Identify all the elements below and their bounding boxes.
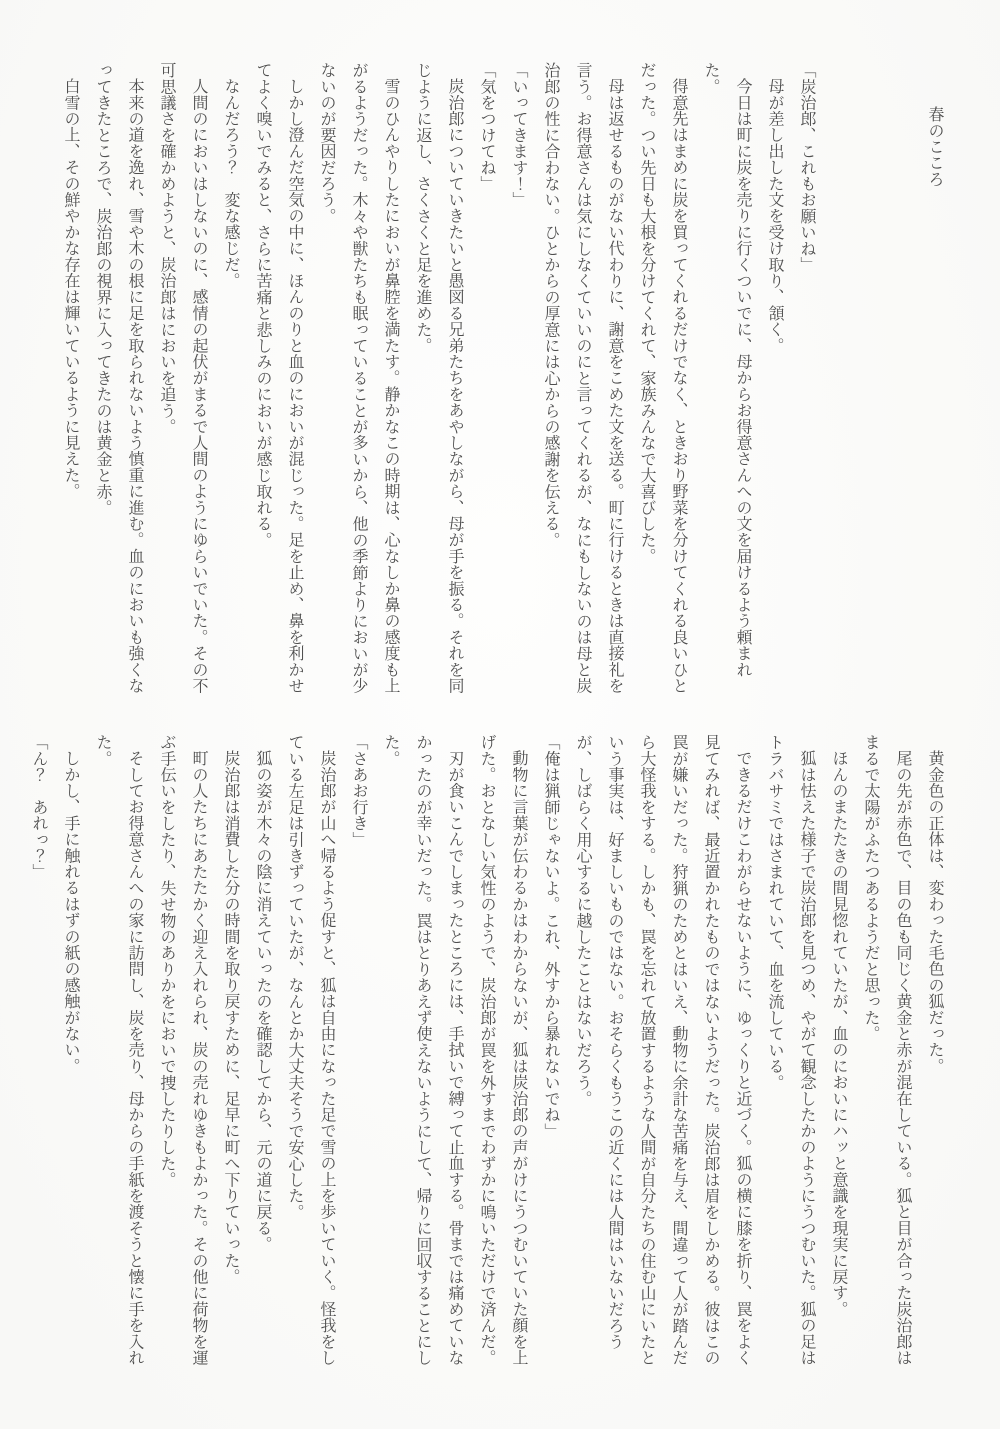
paragraph: 「気をつけてね」	[470, 62, 502, 708]
lower-text-section: 黄金色の正体は、変わった毛色の狐だった。尾の先が赤色で、目の色も同じく黄金と赤が…	[22, 734, 950, 1380]
paragraph: 狐は怯えた様子で炭治郎を見つめ、やがて観念したかのようにうつむいた。狐の足はトラ…	[758, 734, 822, 1380]
paragraph: 白雪の上、その鮮やかな存在は輝いているように見えた。	[54, 62, 86, 708]
paragraph: 本来の道を逸れ、雪や木の根に足を取られないよう慎重に進む。血のにおいも強くなって…	[86, 62, 150, 708]
paragraph: 「ん？ あれっ？」	[22, 734, 54, 1380]
paragraph: 人間のにおいはしないのに、感情の起伏がまるで人間のようにゆらいでいた。その不可思…	[150, 62, 214, 708]
paragraph: 刃が食いこんでしまったところには、手拭いで縛って止血する。骨までは痛めていなかっ…	[374, 734, 470, 1380]
paragraph: 「いってきます！」	[502, 62, 534, 708]
paragraph: 今日は町に炭を売りに行くついでに、母からお得意さんへの文を届けるよう頼まれた。	[694, 62, 758, 708]
paragraph: 町の人たちにあたたかく迎え入れられ、炭の売れゆきもよかった。その他に荷物を運ぶ手…	[150, 734, 214, 1380]
paragraph: しかし、手に触れるはずの紙の感触がない。	[54, 734, 86, 1380]
paragraph: 雪のひんやりしたにおいが鼻腔を満たす。静かなこの時期は、心なしか鼻の感度も上がる…	[310, 62, 406, 708]
paragraph: しかし澄んだ空気の中に、ほんのりと血のにおいが混じった。足を止め、鼻を利かせてよ…	[246, 62, 310, 708]
paragraph: 炭治郎が山へ帰るよう促すと、狐は自由になった足で雪の上を歩いていく。怪我をしてい…	[278, 734, 342, 1380]
paragraph: 黄金色の正体は、変わった毛色の狐だった。	[918, 734, 950, 1380]
paragraph: 「俺は猟師じゃないよ。これ、外すから暴れないでね」	[534, 734, 566, 1380]
paragraph: 炭治郎は消費した分の時間を取り戻すために、足早に町へ下りていった。	[214, 734, 246, 1380]
paragraph: 「炭治郎、これもお願いね」	[790, 62, 822, 708]
paragraph: 母が差し出した文を受け取り、頷く。	[758, 62, 790, 708]
novel-page: 春のこころ 「炭治郎、これもお願いね」母が差し出した文を受け取り、頷く。今日は町…	[0, 0, 1000, 1429]
paragraph: 炭治郎についていきたいと愚図る兄弟たちをあやしながら、母が手を振る。それを同じよ…	[406, 62, 470, 708]
paragraph: 狐の姿が木々の陰に消えていったのを確認してから、元の道に戻る。	[246, 734, 278, 1380]
paragraph: ほんのまたたきの間見惚れていたが、血のにおいにハッと意識を現実に戻す。	[822, 734, 854, 1380]
paragraph: 「さあお行き」	[342, 734, 374, 1380]
paragraph: できるだけこわがらせないように、ゆっくりと近づく。狐の横に膝を折り、罠をよく見て…	[566, 734, 758, 1380]
paragraph: そしてお得意さんへの家に訪問し、炭を売り、母からの手紙を渡そうと懐に手を入れた。	[86, 734, 150, 1380]
upper-text-section: 春のこころ 「炭治郎、これもお願いね」母が差し出した文を受け取り、頷く。今日は町…	[54, 62, 950, 708]
paragraph: 動物に言葉が伝わるかはわからないが、狐は炭治郎の声がけにうつむいていた顔を上げた…	[470, 734, 534, 1380]
story-title: 春のこころ	[918, 62, 950, 708]
paragraph: 母は返せるものがない代わりに、謝意をこめた文を送る。町に行けるときは直接礼を言う…	[534, 62, 630, 708]
paragraph: 得意先はまめに炭を買ってくれるだけでなく、ときおり野菜を分けてくれる良いひとだっ…	[630, 62, 694, 708]
paragraph: 尾の先が赤色で、目の色も同じく黄金と赤が混在している。狐と目が合った炭治郎はまる…	[854, 734, 918, 1380]
paragraph: なんだろう？ 変な感じだ。	[214, 62, 246, 708]
